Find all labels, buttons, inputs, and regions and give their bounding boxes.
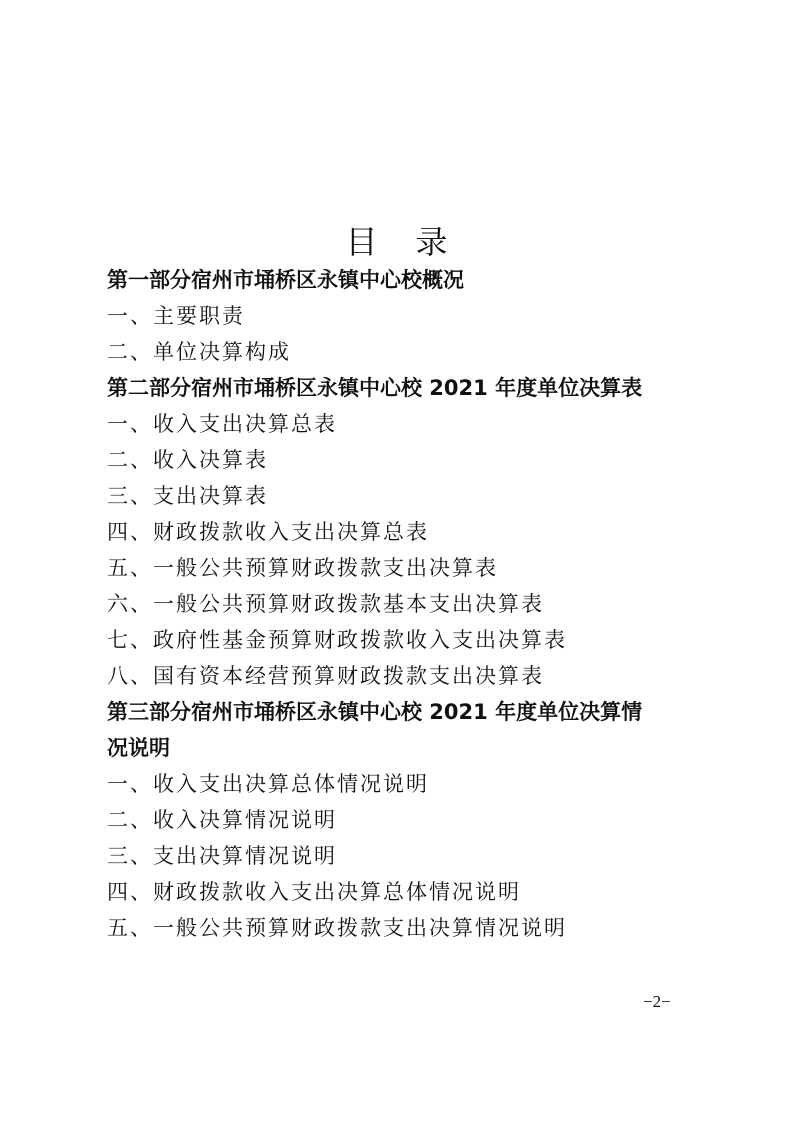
toc-entry: 七、政府性基金预算财政拨款收入支出决算表	[107, 622, 707, 658]
toc-entry: 三、支出决算情况说明	[107, 838, 707, 874]
toc-entry: 五、一般公共预算财政拨款支出决算情况说明	[107, 910, 707, 946]
table-of-contents: 第一部分宿州市埇桥区永镇中心校概况 一、主要职责 二、单位决算构成 第二部分宿州…	[107, 262, 707, 946]
toc-title-char-2: 录	[416, 222, 448, 262]
toc-part-heading: 第二部分宿州市埇桥区永镇中心校 2021 年度单位决算表	[107, 370, 707, 406]
toc-entry: 二、收入决算情况说明	[107, 802, 707, 838]
toc-entry: 一、收入支出决算总表	[107, 406, 707, 442]
toc-entry: 六、一般公共预算财政拨款基本支出决算表	[107, 586, 707, 622]
toc-entry: 四、财政拨款收入支出决算总体情况说明	[107, 874, 707, 910]
toc-entry: 八、国有资本经营预算财政拨款支出决算表	[107, 658, 707, 694]
toc-entry: 二、收入决算表	[107, 442, 707, 478]
toc-part-heading: 第三部分宿州市埇桥区永镇中心校 2021 年度单位决算情	[107, 694, 707, 730]
toc-title: 目录	[0, 222, 793, 262]
toc-entry: 三、支出决算表	[107, 478, 707, 514]
toc-title-char-1: 目	[345, 222, 377, 262]
toc-entry: 一、主要职责	[107, 298, 707, 334]
toc-entry: 一、收入支出决算总体情况说明	[107, 766, 707, 802]
page-number: −2−	[643, 992, 671, 1012]
toc-part-heading: 第一部分宿州市埇桥区永镇中心校概况	[107, 262, 707, 298]
toc-entry: 四、财政拨款收入支出决算总表	[107, 514, 707, 550]
toc-entry: 五、一般公共预算财政拨款支出决算表	[107, 550, 707, 586]
toc-part-heading-continued: 况说明	[107, 730, 707, 766]
toc-entry: 二、单位决算构成	[107, 334, 707, 370]
